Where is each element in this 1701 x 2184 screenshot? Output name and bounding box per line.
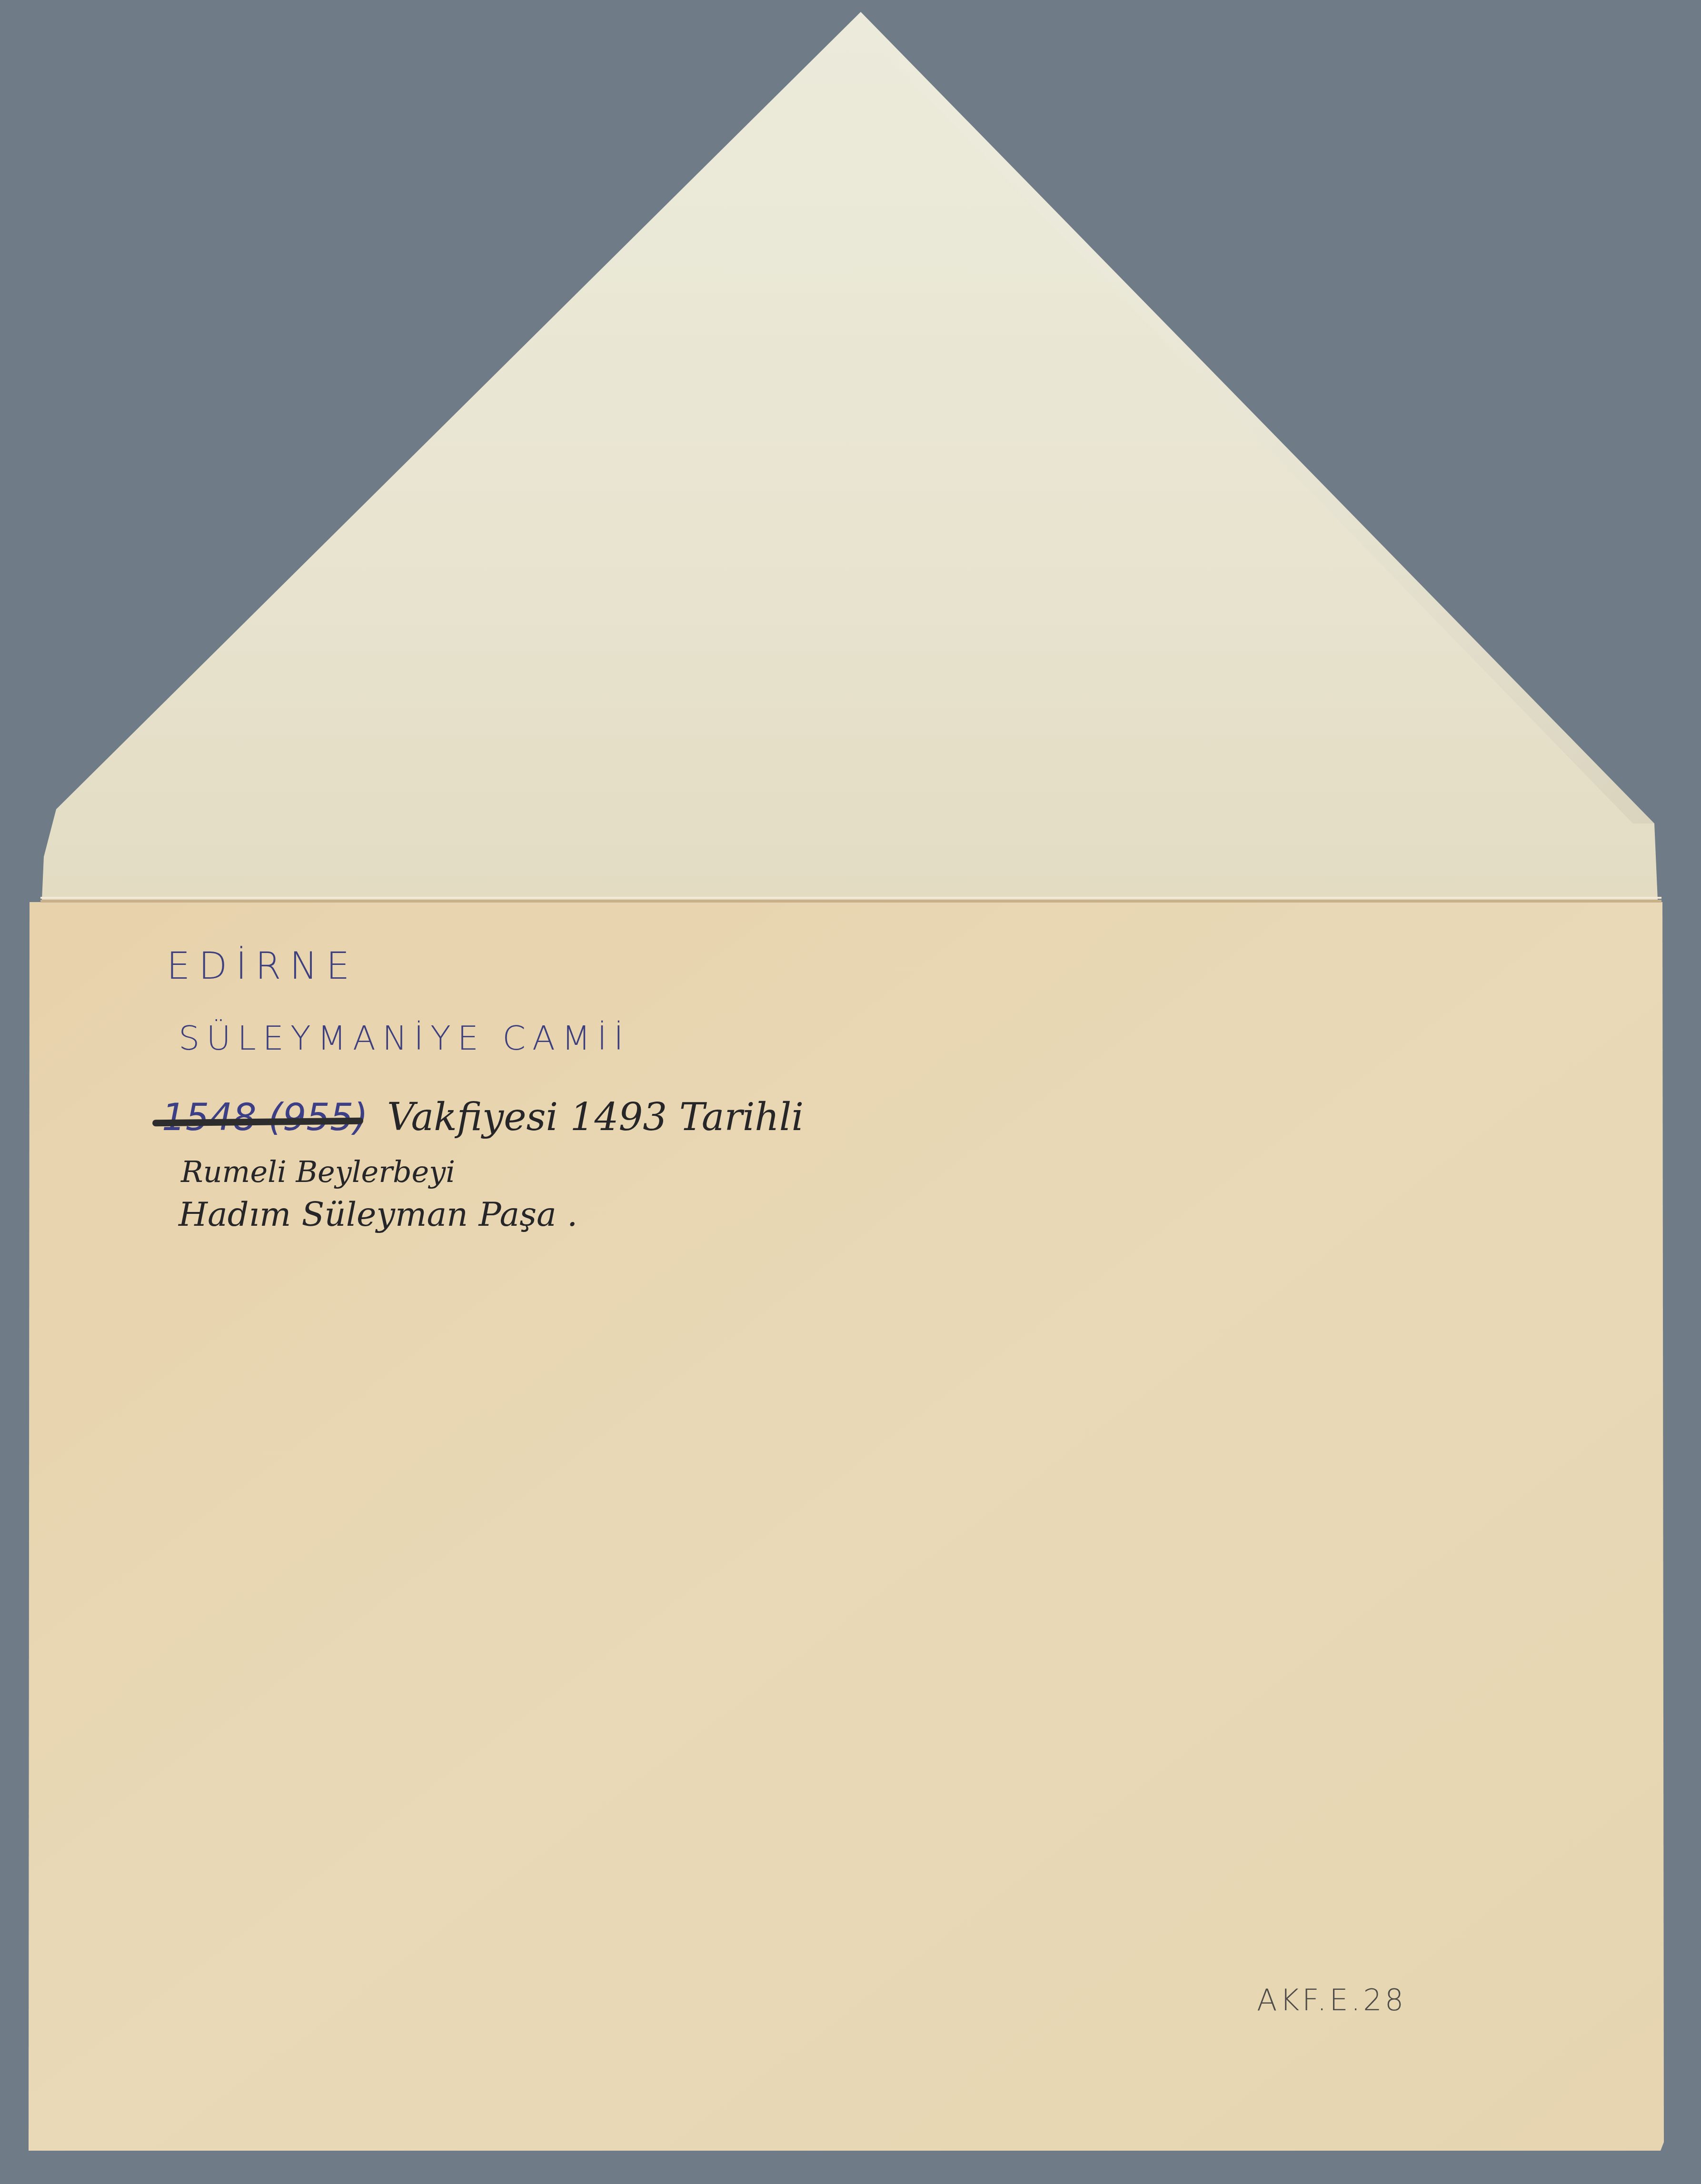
place-label: EDİRNE xyxy=(167,945,358,988)
envelope-body xyxy=(29,902,1664,2151)
catalog-number: AKF.E.28 xyxy=(1257,1983,1406,2017)
foundation-line: 1548 (955)Vakfiyesi 1493 Tarihli xyxy=(162,1095,804,1139)
envelope-flap xyxy=(42,12,1658,900)
title-line: Rumeli Beylerbeyi xyxy=(181,1154,455,1189)
building-label: SÜLEYMANİYE CAMİİ xyxy=(179,1019,630,1058)
waqf-date-text: Vakfiyesi 1493 Tarihli xyxy=(387,1095,804,1139)
envelope-scene xyxy=(0,0,1701,2184)
struck-dates: 1548 (955) xyxy=(162,1096,368,1139)
founder-line: Hadım Süleyman Paşa . xyxy=(179,1195,577,1234)
